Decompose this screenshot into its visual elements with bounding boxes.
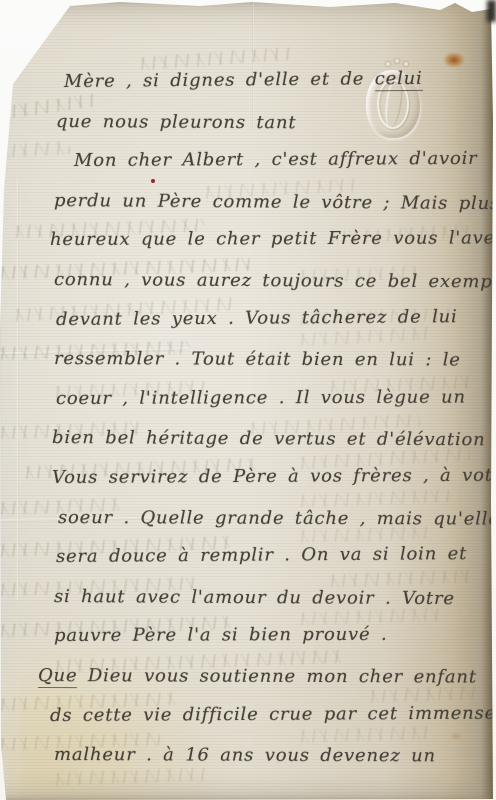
letter-line: si haut avec l'amour du devoir . Votre bbox=[54, 577, 496, 619]
letter-page: Mère , si dignes d'elle et de celuique n… bbox=[0, 0, 496, 800]
letter-line-text: coeur , l'intelligence . Il vous lègue u… bbox=[56, 386, 466, 408]
letter-line-text: que nous pleurons tant bbox=[56, 111, 296, 133]
letter-line-text: ressembler . Tout était bien en lui : le bbox=[54, 348, 461, 370]
letter-line-text: bien bel héritage de vertus et d'élévati… bbox=[52, 427, 486, 450]
letter-line: sera douce à remplir . On va si loin et bbox=[56, 534, 496, 577]
letter-line: Que Dieu vous soutienne mon cher enfant bbox=[38, 656, 496, 697]
letter-line: que nous pleurons tant bbox=[56, 102, 496, 144]
letter-line-text: si haut avec l'amour du devoir . Votre bbox=[54, 586, 455, 609]
letter-line: devant les yeux . Vous tâcherez de lui bbox=[56, 296, 496, 339]
letter-line: coeur , l'intelligence . Il vous lègue u… bbox=[56, 377, 496, 418]
letter-line-text: connu , vous aurez toujours ce bel exemp… bbox=[54, 269, 496, 292]
letter-line-text: malheur . à 16 ans vous devenez un bbox=[54, 744, 436, 766]
letter-line-text: Mon cher Albert , c'est affreux d'avoir bbox=[74, 148, 478, 171]
letter-line-text: devant les yeux . Vous tâcherez de lui bbox=[56, 306, 458, 330]
letter-line: Mon cher Albert , c'est affreux d'avoir bbox=[74, 139, 496, 181]
letter-line-text: Dieu vous soutienne mon cher enfant bbox=[77, 665, 477, 687]
letter-line-text: soeur . Quelle grande tâche , mais qu'el… bbox=[58, 507, 496, 530]
letter-line-text: Vous servirez de Père à vos frères , à v… bbox=[52, 465, 496, 488]
letter-line: ds cette vie difficile crue par cet imme… bbox=[50, 693, 496, 735]
letter-line: connu , vous aurez toujours ce bel exemp… bbox=[54, 260, 496, 302]
letter-line: Vous servirez de Père à vos frères , à v… bbox=[52, 456, 496, 498]
letter-line-text: sera douce à remplir . On va si loin et bbox=[56, 543, 467, 567]
letter-line: malheur . à 16 ans vous devenez un bbox=[54, 735, 496, 776]
letter-line-text: Mère , si dignes d'elle et de bbox=[64, 68, 375, 92]
letter-line: Mère , si dignes d'elle et de celui bbox=[64, 58, 496, 101]
underlined-word: celui bbox=[375, 68, 423, 91]
letter-line: perdu un Père comme le vôtre ; Mais plus bbox=[54, 181, 496, 224]
letter-line: ressembler . Tout était bien en lui : le bbox=[54, 339, 496, 380]
letter-line: pauvre Père l'a si bien prouvé . bbox=[54, 615, 496, 656]
letter-line: bien bel héritage de vertus et d'élévati… bbox=[52, 418, 496, 460]
ink-dot bbox=[151, 179, 155, 183]
letter-line-text: heureux que le cher petit Frère vous l'a… bbox=[50, 228, 496, 251]
letter-line-text: pauvre Père l'a si bien prouvé . bbox=[54, 624, 388, 646]
underlined-word: Que bbox=[38, 665, 77, 688]
letter-photo: Mère , si dignes d'elle et de celuique n… bbox=[0, 0, 496, 800]
letter-body: Mère , si dignes d'elle et de celuique n… bbox=[0, 62, 496, 775]
letter-line-text: ds cette vie difficile crue par cet imme… bbox=[50, 702, 496, 725]
letter-line-text: perdu un Père comme le vôtre ; Mais plus bbox=[54, 190, 496, 214]
letter-line: heureux que le cher petit Frère vous l'a… bbox=[50, 219, 496, 260]
letter-line: soeur . Quelle grande tâche , mais qu'el… bbox=[58, 498, 496, 539]
